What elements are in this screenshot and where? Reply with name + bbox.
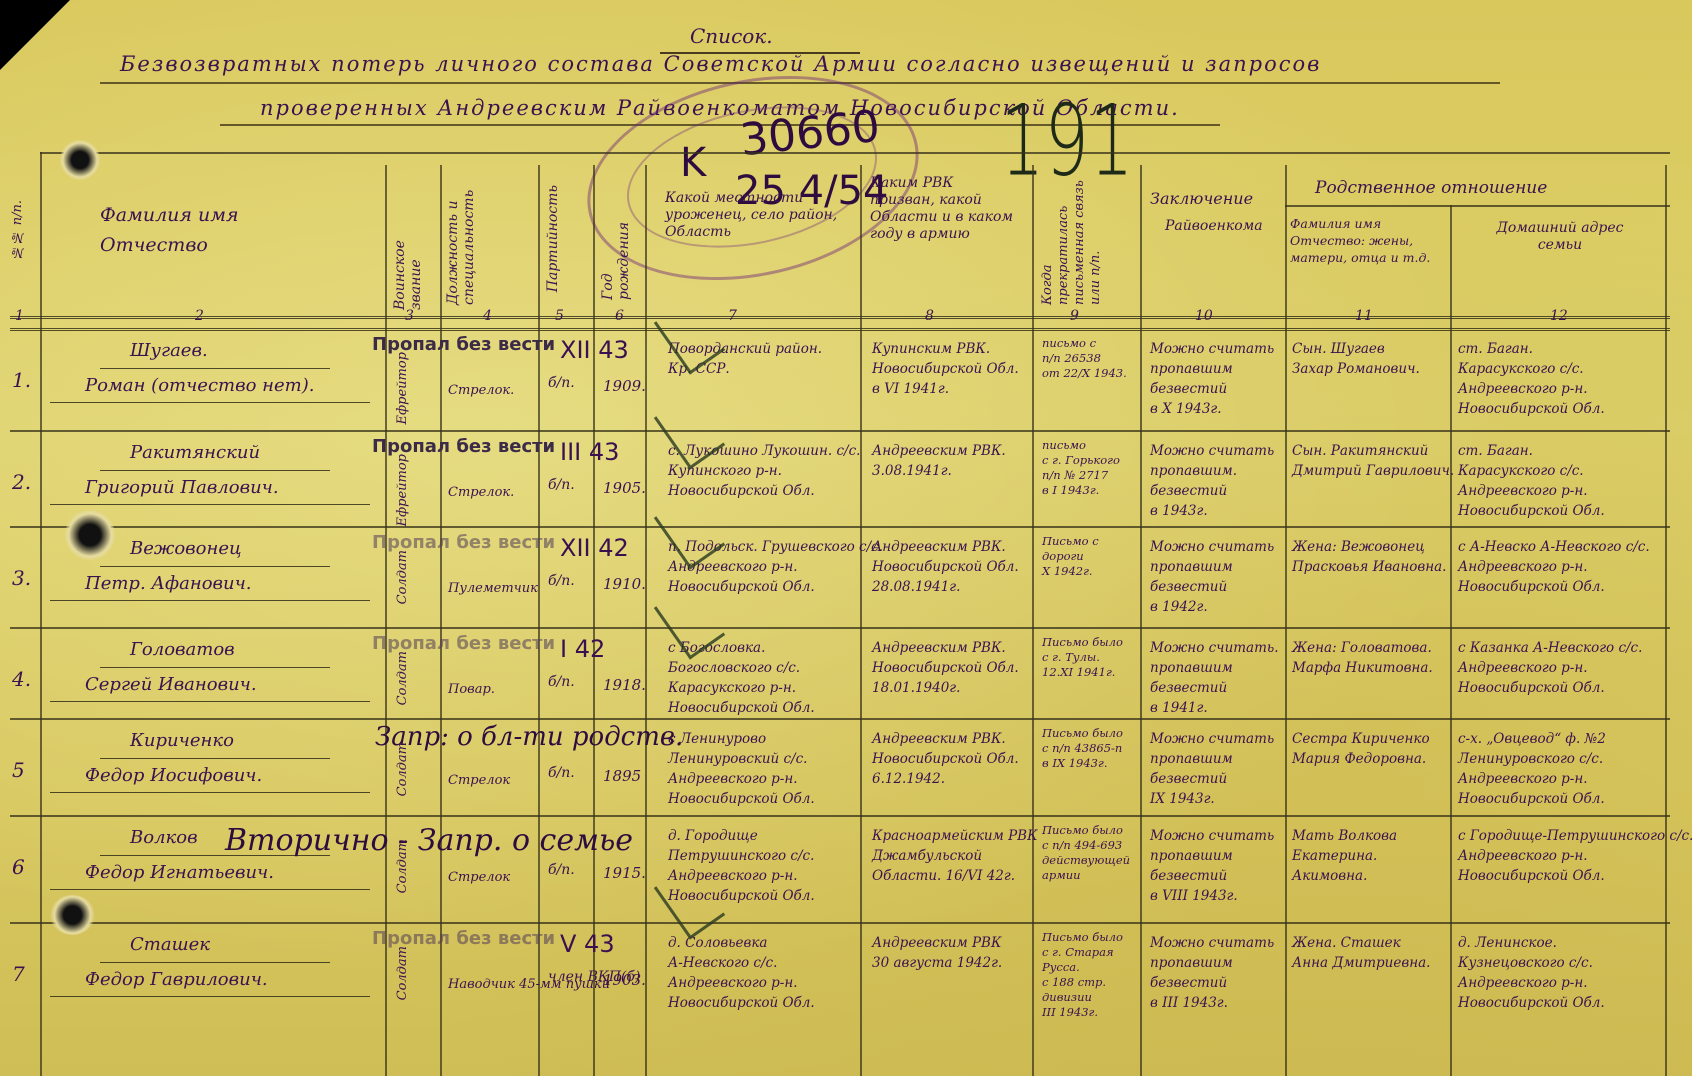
header-home-address: Домашний адрес семьи: [1480, 220, 1640, 254]
conclusion-line: безвестий: [1150, 677, 1227, 699]
relative-line: Мария Федоровна.: [1292, 748, 1426, 770]
header-relation-group: Родственное отношение: [1315, 180, 1547, 197]
conclusion-line: безвестий: [1150, 865, 1227, 887]
last-letter-line: Письмо было: [1042, 823, 1123, 838]
conclusion-line: пропавшим: [1150, 748, 1233, 770]
given-names: Петр. Афанович.: [85, 573, 252, 594]
address-line: Новосибирской Обл.: [1458, 576, 1605, 598]
relative-line: Прасковья Ивановна.: [1292, 556, 1446, 578]
address-line: ст. Баган.: [1458, 338, 1533, 360]
given-underline: [50, 504, 370, 505]
address-line: Карасукского с/с.: [1458, 358, 1584, 380]
address-line: Новосибирской Обл.: [1458, 788, 1605, 810]
position: Стрелок.: [448, 380, 514, 402]
last-letter-line: с п/п 494-693: [1042, 838, 1122, 853]
conclusion-line: пропавшим: [1150, 657, 1233, 679]
surname-underline: [100, 758, 330, 759]
conclusion-line: Можно считать: [1150, 932, 1274, 954]
last-letter-line: п/п 26538: [1042, 351, 1101, 366]
address-line: д. Ленинское.: [1458, 932, 1557, 954]
surname: Волков: [130, 827, 198, 848]
header-rank: Воинское звание: [392, 210, 424, 310]
header-num: №№ п/п.: [10, 200, 26, 259]
conclusion-line: Можно считать.: [1150, 637, 1279, 659]
surname-underline: [100, 566, 330, 567]
relative-line: Анна Дмитриевна.: [1292, 952, 1430, 974]
torn-corner: [0, 0, 70, 70]
conclusion-line: безвестий: [1150, 576, 1227, 598]
relative-line: Марфа Никитовна.: [1292, 657, 1433, 679]
row-number: 4.: [12, 667, 31, 691]
birthplace-line: д. Городище: [668, 825, 758, 847]
relative-line: Екатерина.: [1292, 845, 1377, 867]
date-mark: XII 43: [560, 336, 629, 364]
conclusion-line: Можно считать: [1150, 440, 1274, 462]
column-number: 5: [555, 308, 564, 324]
conclusion-line: безвестий: [1150, 768, 1227, 790]
paper-hole: [60, 140, 100, 180]
drafted-line: Области. 16/VI 42г.: [872, 865, 1015, 887]
column-number: 9: [1070, 308, 1079, 324]
given-underline: [50, 792, 370, 793]
last-letter-line: в I 1943г.: [1042, 483, 1099, 498]
last-letter-line: X 1942г.: [1042, 564, 1093, 579]
birthplace-line: с Ленинурово: [668, 728, 766, 750]
archive-prefix-mark: K: [680, 140, 706, 186]
surname: Кириченко: [130, 730, 234, 751]
given-underline: [50, 402, 370, 403]
relative-line: Дмитрий Гаврилович.: [1292, 460, 1454, 482]
row-number: 1.: [12, 368, 31, 392]
last-letter-line: Письмо было: [1042, 726, 1123, 741]
birth-year: 1909.: [603, 375, 646, 397]
row-number: 6: [12, 855, 25, 879]
drafted-line: Андреевским РВК.: [872, 637, 1006, 659]
given-names: Сергей Иванович.: [85, 674, 257, 695]
drafted-line: Новосибирской Обл.: [872, 556, 1019, 578]
address-line: Новосибирской Обл.: [1458, 677, 1605, 699]
conclusion-line: пропавшим.: [1150, 460, 1237, 482]
birth-year: 1905.: [603, 477, 646, 499]
last-letter-line: в IX 1943г.: [1042, 756, 1107, 771]
drafted-line: 18.01.1940г.: [872, 677, 960, 699]
header-last-letter: Когда прекратилась письменная связь или …: [1040, 175, 1104, 305]
header-conclusion: Райвоенкома: [1165, 218, 1263, 235]
party: б/п.: [548, 570, 575, 592]
last-letter-line: действующей: [1042, 853, 1130, 868]
last-letter-line: дороги: [1042, 549, 1084, 564]
drafted-line: Андреевским РВК.: [872, 728, 1006, 750]
last-letter-line: Письмо было: [1042, 930, 1123, 945]
conclusion-line: Можно считать: [1150, 728, 1274, 750]
relative-line: Жена. Сташек: [1292, 932, 1401, 954]
last-letter-line: дивизии: [1042, 990, 1092, 1005]
drafted-line: 30 августа 1942г.: [872, 952, 1002, 974]
header-conclusion-top: Заключение: [1150, 190, 1253, 207]
conclusion-line: пропавшим: [1150, 845, 1233, 867]
birthplace-line: Андреевского р-н.: [668, 972, 798, 994]
drafted-line: 3.08.1941г.: [872, 460, 952, 482]
column-number: 10: [1195, 308, 1213, 324]
drafted-line: Новосибирской Обл.: [872, 748, 1019, 770]
drafted-line: 6.12.1942.: [872, 768, 945, 790]
rank: Солдат: [395, 839, 411, 893]
drafted-line: Джамбульской: [872, 845, 982, 867]
conclusion-line: Можно считать: [1150, 825, 1274, 847]
party: б/п.: [548, 762, 575, 784]
given-underline: [50, 996, 370, 997]
document-sheet: Список. Безвозвратных потерь личного сос…: [0, 0, 1692, 1076]
birthplace-line: Ленинуровский с/с.: [668, 748, 807, 770]
rank: Солдат: [395, 550, 411, 604]
last-letter-line: III 1943г.: [1042, 1005, 1098, 1020]
given-names: Федор Игнатьевич.: [85, 862, 274, 883]
conclusion-line: IX 1943г.: [1150, 788, 1215, 810]
given-names: Федор Иосифович.: [85, 765, 262, 786]
address-line: Андреевского р-н.: [1458, 768, 1588, 790]
drafted-line: Новосибирской Обл.: [872, 358, 1019, 380]
surname: Вежовонец: [130, 538, 242, 559]
rank: Ефрейтор: [395, 352, 411, 425]
last-letter-line: Письмо с: [1042, 534, 1099, 549]
birthplace-line: Новосибирской Обл.: [668, 697, 815, 719]
conclusion-line: безвестий: [1150, 972, 1227, 994]
conclusion-line: пропавшим: [1150, 952, 1233, 974]
surname-underline: [100, 470, 330, 471]
position: Повар.: [448, 679, 495, 701]
birth-year: 1895: [603, 765, 641, 787]
column-number: 8: [925, 308, 934, 324]
column-number: 1: [15, 308, 24, 324]
given-underline: [50, 600, 370, 601]
column-number: 11: [1355, 308, 1373, 324]
row-number: 3.: [12, 566, 31, 590]
address-line: Андреевского р-н.: [1458, 657, 1588, 679]
last-letter-line: Письмо было: [1042, 635, 1123, 650]
position: Стрелок: [448, 770, 510, 792]
heading-line-1: Безвозвратных потерь личного состава Сов…: [120, 52, 1321, 76]
rank: Солдат: [395, 946, 411, 1000]
given-underline: [50, 889, 370, 890]
surname: Сташек: [130, 934, 210, 955]
surname: Головатов: [130, 639, 235, 660]
last-letter-line: 12.XI 1941г.: [1042, 665, 1115, 680]
header-relative-name: Фамилия имя Отчество: жены, матери, отца…: [1290, 215, 1445, 266]
row-number: 2.: [12, 470, 31, 494]
conclusion-line: в 1942г.: [1150, 596, 1208, 618]
birthplace-line: Новосибирской Обл.: [668, 992, 815, 1014]
drafted-line: 28.08.1941г.: [872, 576, 960, 598]
column-number: 7: [728, 308, 737, 324]
header-birth-year: Год рождения: [600, 200, 632, 300]
conclusion-line: в VIII 1943г.: [1150, 885, 1238, 907]
relative-line: Захар Романович.: [1292, 358, 1420, 380]
surname: Шугаев.: [130, 340, 208, 361]
address-line: Новосибирской Обл.: [1458, 992, 1605, 1014]
header-party: Партийность: [545, 185, 561, 292]
conclusion-line: в X 1943г.: [1150, 398, 1222, 420]
date-mark: V 43: [560, 930, 615, 958]
inquiry-note: Вторично - Запр. о семье: [225, 823, 633, 858]
conclusion-line: Можно считать: [1150, 338, 1274, 360]
position: Стрелок.: [448, 482, 514, 504]
drafted-line: Андреевским РВК: [872, 932, 1001, 954]
relative-line: Сын. Шугаев: [1292, 338, 1385, 360]
drafted-line: Новосибирской Обл.: [872, 657, 1019, 679]
column-number: 12: [1550, 308, 1568, 324]
address-line: Андреевского р-н.: [1458, 972, 1588, 994]
column-number: 2: [195, 308, 204, 324]
given-names: Федор Гаврилович.: [85, 969, 268, 990]
last-letter-line: письмо: [1042, 438, 1086, 453]
birthplace-line: Андреевского р-н.: [668, 768, 798, 790]
relative-line: Сын. Ракитянский: [1292, 440, 1428, 462]
relative-line: Мать Волкова: [1292, 825, 1397, 847]
address-line: Новосибирской Обл.: [1458, 500, 1605, 522]
address-line: Кузнецовского с/с.: [1458, 952, 1593, 974]
last-letter-line: с п/п 43865-п: [1042, 741, 1122, 756]
surname-underline: [100, 667, 330, 668]
drafted-line: Андреевским РВК.: [872, 536, 1006, 558]
position: Стрелок: [448, 867, 510, 889]
date-mark: III 43: [560, 438, 619, 466]
paper-hole: [50, 895, 95, 935]
birthplace-line: д. Соловьевка: [668, 932, 767, 954]
conclusion-line: пропавшим: [1150, 358, 1233, 380]
address-line: Ленинуровского с/с.: [1458, 748, 1603, 770]
conclusion-line: пропавшим: [1150, 556, 1233, 578]
address-line: Андреевского р-н.: [1458, 378, 1588, 400]
last-letter-line: с г. Старая: [1042, 945, 1114, 960]
relative-line: Акимовна.: [1292, 865, 1367, 887]
birth-year: 1903.: [603, 969, 646, 991]
date-mark: XII 42: [560, 534, 629, 562]
column-number: 3: [405, 308, 414, 324]
address-line: Андреевского р-н.: [1458, 480, 1588, 502]
relative-line: Жена: Вежовонец: [1292, 536, 1425, 558]
last-letter-line: письмо с: [1042, 336, 1096, 351]
row-number: 7: [12, 962, 25, 986]
birth-year: 1915.: [603, 862, 646, 884]
column-number: 4: [483, 308, 492, 324]
surname: Ракитянский: [130, 442, 260, 463]
date-mark: I 42: [560, 635, 605, 663]
party: б/п.: [548, 372, 575, 394]
header-drafted: Каким РВК призван, какой Области и в как…: [870, 175, 1020, 243]
header-position: Должность и специальность: [445, 175, 477, 305]
address-line: с А-Невско А-Невского с/с.: [1458, 536, 1650, 558]
address-line: Андреевского р-н.: [1458, 556, 1588, 578]
party: б/п.: [548, 671, 575, 693]
address-line: Карасукского с/с.: [1458, 460, 1584, 482]
party: б/п.: [548, 474, 575, 496]
last-letter-line: Русса.: [1042, 960, 1080, 975]
rank: Ефрейтор: [395, 454, 411, 527]
given-underline: [50, 701, 370, 702]
address-line: с Казанка А-Невского с/с.: [1458, 637, 1642, 659]
header-name: Фамилия имя Отчество: [100, 200, 340, 260]
party: б/п.: [548, 859, 575, 881]
position: Пулеметчик: [448, 578, 538, 600]
address-line: Новосибирской Обл.: [1458, 398, 1605, 420]
surname-underline: [100, 962, 330, 963]
relative-line: Жена: Головатова.: [1292, 637, 1432, 659]
address-line: с Городище-Петрушинского с/с.: [1458, 825, 1692, 847]
conclusion-line: безвестий: [1150, 378, 1227, 400]
drafted-line: Андреевским РВК.: [872, 440, 1006, 462]
conclusion-line: в III 1943г.: [1150, 992, 1228, 1014]
birthplace-line: Карасукского р-н.: [668, 677, 796, 699]
drafted-line: Купинским РВК.: [872, 338, 990, 360]
rank: Солдат: [395, 651, 411, 705]
paper-hole: [65, 510, 115, 560]
conclusion-line: в 1941г.: [1150, 697, 1208, 719]
conclusion-line: Можно считать: [1150, 536, 1274, 558]
last-letter-line: с 188 стр.: [1042, 975, 1106, 990]
birthplace-line: Новосибирской Обл.: [668, 788, 815, 810]
drafted-line: в VI 1941г.: [872, 378, 949, 400]
address-line: с-х. „Овцевод“ ф. №2: [1458, 728, 1606, 750]
address-line: ст. Баган.: [1458, 440, 1533, 462]
last-letter-line: армии: [1042, 868, 1081, 883]
given-names: Роман (отчество нет).: [85, 375, 314, 396]
document-title: Список.: [690, 24, 773, 48]
drafted-line: Красноармейским РВК: [872, 825, 1038, 847]
birthplace-line: А-Невского с/с.: [668, 952, 777, 974]
conclusion-line: безвестий: [1150, 480, 1227, 502]
rank: Солдат: [395, 742, 411, 796]
last-letter-line: от 22/X 1943.: [1042, 366, 1127, 381]
last-letter-line: с г. Тулы.: [1042, 650, 1100, 665]
last-letter-line: п/п № 2717: [1042, 468, 1108, 483]
inquiry-note: Запр: о бл-ти родств.: [375, 722, 683, 752]
birth-year: 1910.: [603, 573, 646, 595]
column-number: 6: [615, 308, 624, 324]
surname-underline: [100, 368, 330, 369]
conclusion-line: в 1943г.: [1150, 500, 1208, 522]
birthplace-line: Богословского с/с.: [668, 657, 800, 679]
address-line: Андреевского р-н.: [1458, 845, 1588, 867]
address-line: Новосибирской Обл.: [1458, 865, 1605, 887]
relative-line: Сестра Кириченко: [1292, 728, 1430, 750]
header-birthplace: Какой местности уроженец, село район, Об…: [665, 190, 845, 241]
last-letter-line: с г. Горького: [1042, 453, 1120, 468]
given-names: Григорий Павлович.: [85, 477, 279, 498]
birth-year: 1918.: [603, 674, 646, 696]
row-number: 5: [12, 758, 25, 782]
